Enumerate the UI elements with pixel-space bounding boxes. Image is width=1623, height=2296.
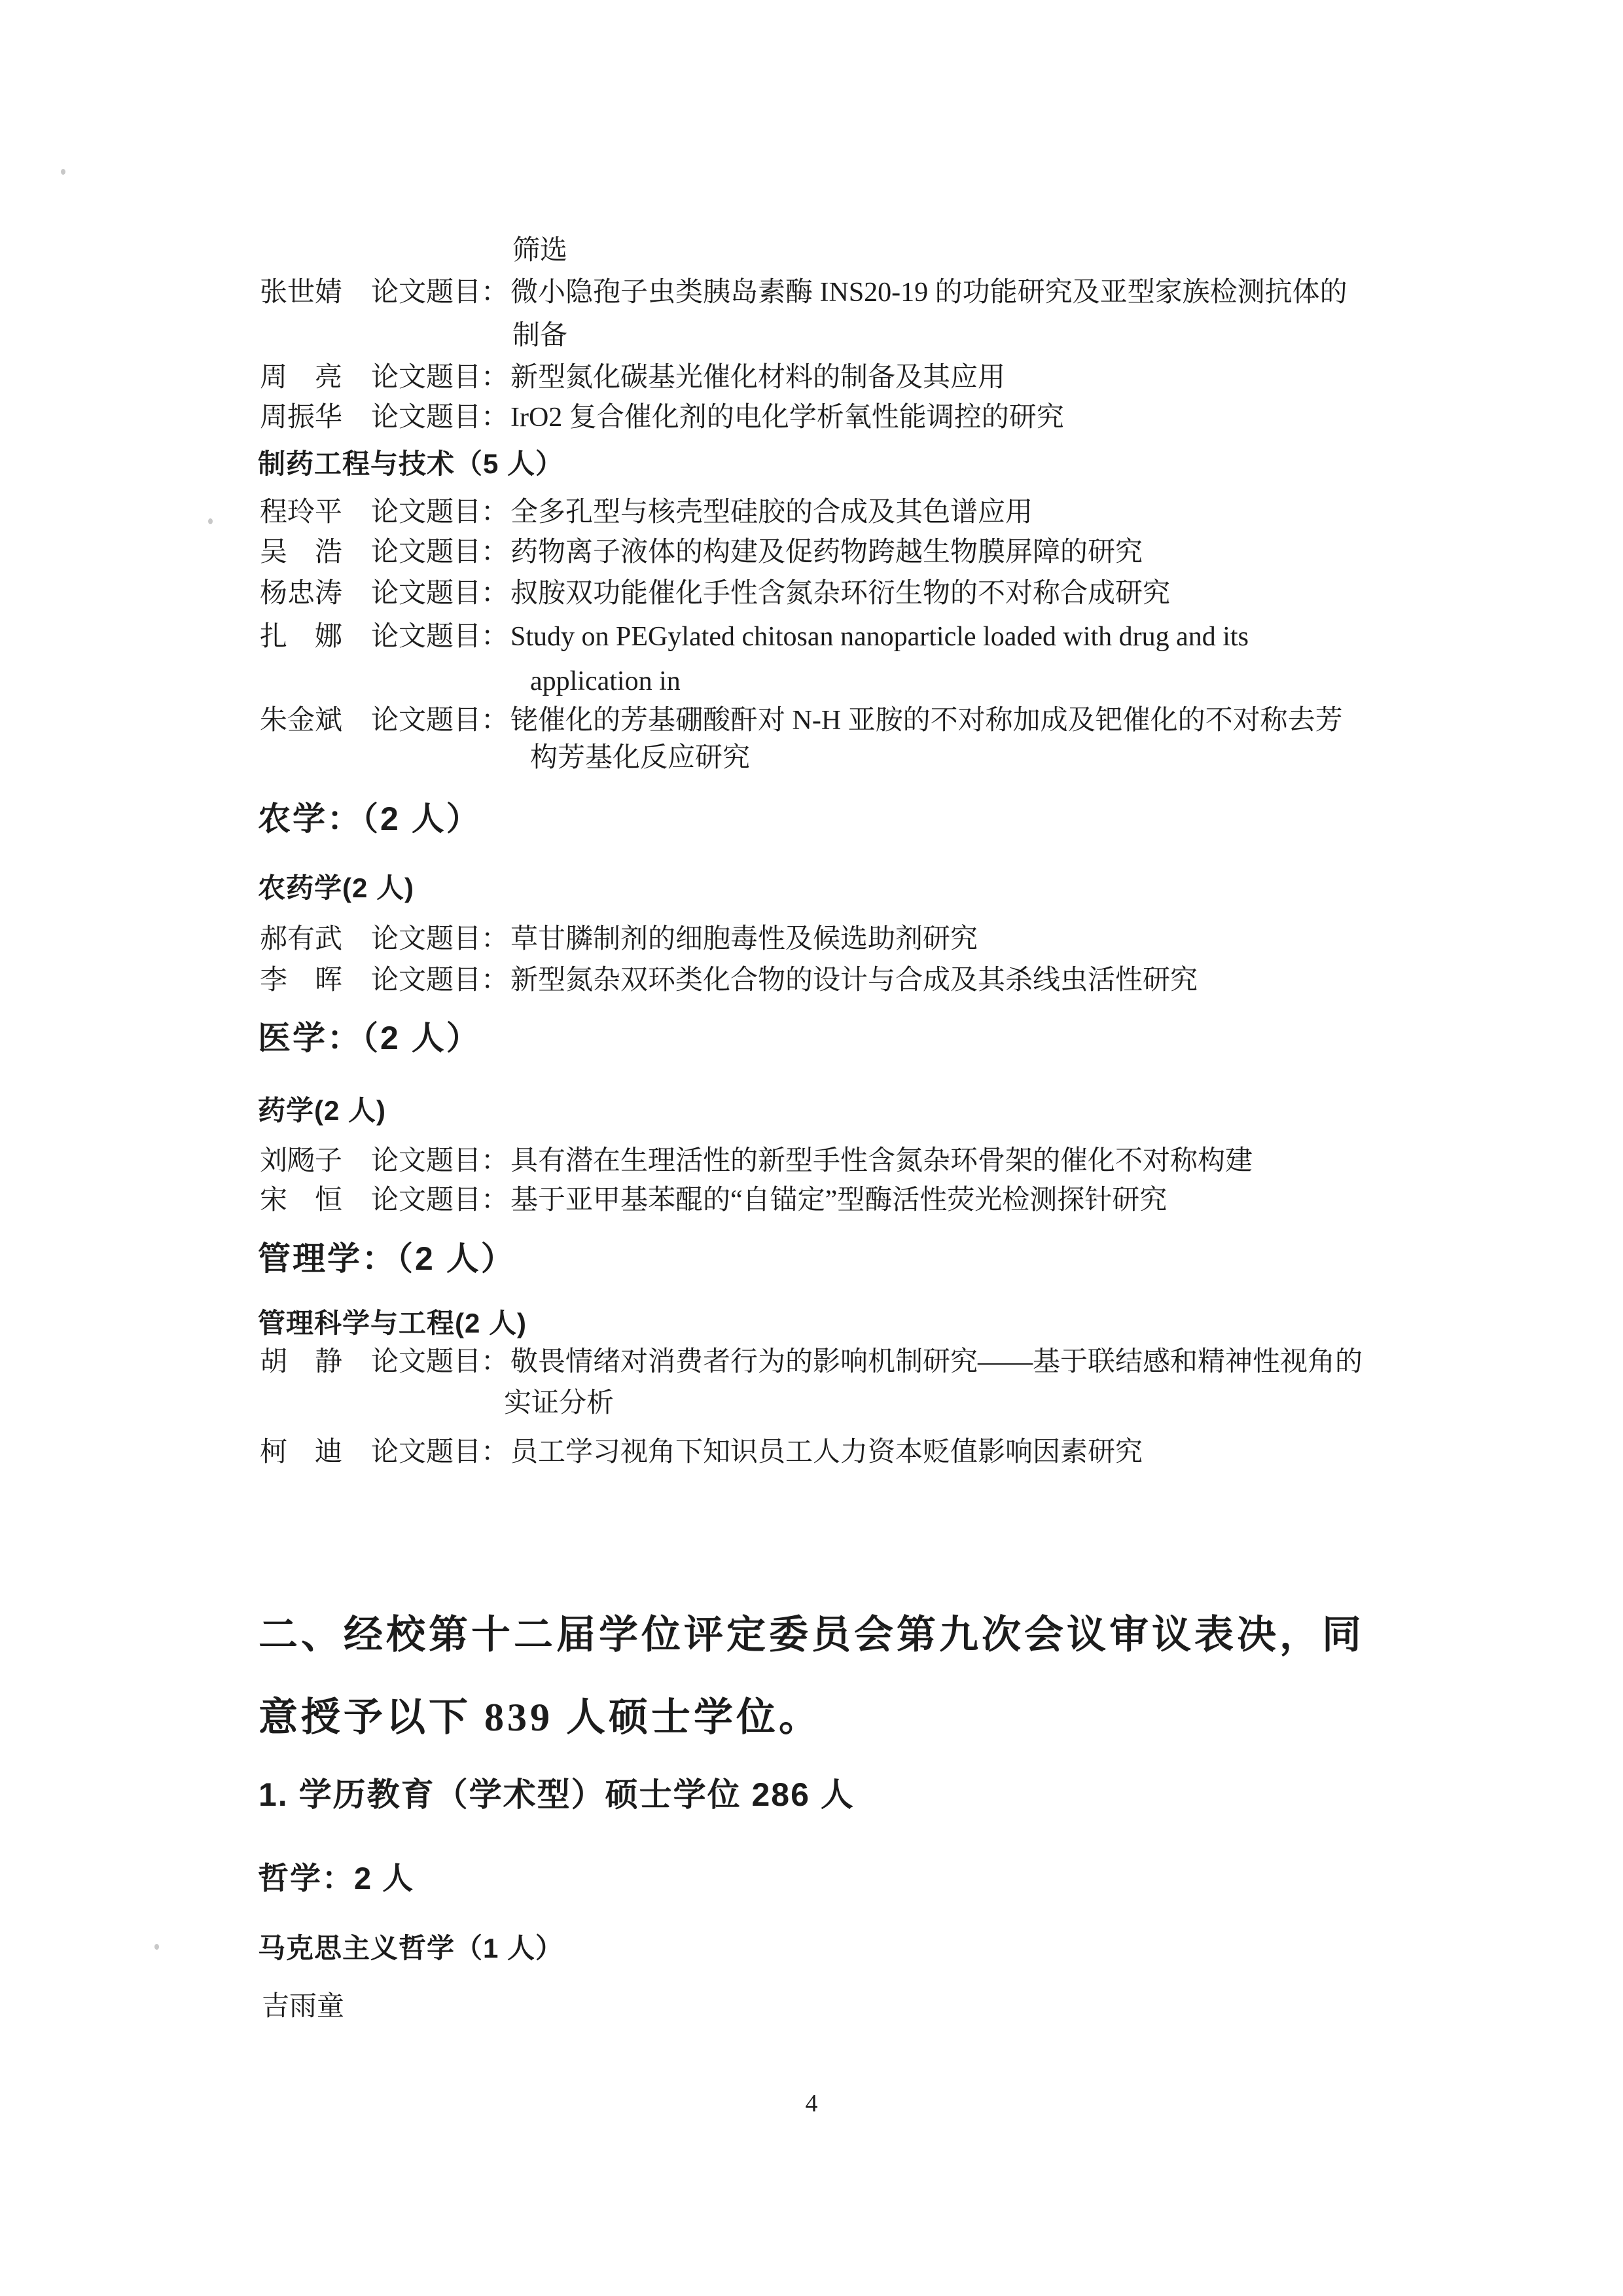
subsection-heading-management-science: 管理科学与工程(2 人) xyxy=(258,1307,527,1340)
thesis-title-continuation: 实证分析 xyxy=(504,1386,614,1421)
thesis-title-continuation: 制备 xyxy=(512,319,567,353)
student-name: 周 亮 xyxy=(260,361,371,395)
thesis-title: Study on PEGylated chitosan nanoparticle… xyxy=(510,620,1249,655)
resolution-paragraph-line-1: 二、经校第十二届学位评定委员会第九次会议审议表决，同 xyxy=(259,1611,1364,1659)
thesis-title-continuation: 筛选 xyxy=(512,234,567,268)
thesis-title-label: 论文题目： xyxy=(371,704,510,738)
section-heading-agriculture: 农学：（2 人） xyxy=(258,799,481,838)
student-name: 宋 恒 xyxy=(260,1183,371,1218)
thesis-title: 全多孔型与核壳型硅胶的合成及其色谱应用 xyxy=(510,495,1033,530)
student-name: 李 晖 xyxy=(260,963,371,998)
thesis-entry-row: 李 晖 论文题目： 新型氮杂双环类化合物的设计与合成及其杀线虫活性研究 xyxy=(260,963,1198,998)
thesis-title-label: 论文题目： xyxy=(371,1144,510,1179)
thesis-title: 微小隐孢子虫类胰岛素酶 INS20-19 的功能研究及亚型家族检测抗体的 xyxy=(510,276,1347,310)
student-name: 朱金斌 xyxy=(260,704,371,738)
thesis-title-continuation: 构芳基化反应研究 xyxy=(530,741,750,776)
student-name: 扎 娜 xyxy=(260,620,371,655)
thesis-title-label: 论文题目： xyxy=(371,361,510,395)
thesis-entry-row: 程玲平 论文题目： 全多孔型与核壳型硅胶的合成及其色谱应用 xyxy=(260,495,1033,530)
thesis-entry-row: 柯 迪 论文题目： 员工学习视角下知识员工人力资本贬值影响因素研究 xyxy=(260,1435,1143,1470)
subsection-heading-academic-masters: 1. 学历教育（学术型）硕士学位 286 人 xyxy=(259,1775,855,1814)
student-name: 程玲平 xyxy=(260,495,371,530)
thesis-title: 具有潜在生理活性的新型手性含氮杂环骨架的催化不对称构建 xyxy=(510,1144,1253,1179)
section-heading-management: 管理学：（2 人） xyxy=(258,1239,516,1278)
student-name: 张世婧 xyxy=(260,276,371,310)
thesis-title: 叔胺双功能催化手性含氮杂环衍生物的不对称合成研究 xyxy=(510,577,1170,611)
recipient-name: 吉雨童 xyxy=(262,1990,344,2024)
thesis-entry-row: 张世婧 论文题目： 微小隐孢子虫类胰岛素酶 INS20-19 的功能研究及亚型家… xyxy=(260,276,1347,310)
student-name: 吴 浩 xyxy=(260,535,371,570)
thesis-entry-row: 周 亮 论文题目： 新型氮化碳基光催化材料的制备及其应用 xyxy=(260,361,1005,395)
scan-speck xyxy=(208,518,213,524)
subsection-heading-pesticide-science: 农药学(2 人) xyxy=(258,872,414,905)
subsection-heading-marxist-philosophy: 马克思主义哲学（1 人） xyxy=(258,1932,563,1965)
thesis-title-label: 论文题目： xyxy=(371,1183,510,1218)
subsection-heading-pharmacy: 药学(2 人) xyxy=(258,1094,386,1127)
thesis-title-label: 论文题目： xyxy=(371,963,510,998)
thesis-entry-row: 杨忠涛 论文题目： 叔胺双功能催化手性含氮杂环衍生物的不对称合成研究 xyxy=(260,577,1170,611)
thesis-entry-row: 胡 静 论文题目： 敬畏情绪对消费者行为的影响机制研究——基于联结感和精神性视角… xyxy=(260,1345,1363,1380)
student-name: 刘飏子 xyxy=(260,1144,371,1179)
thesis-title-label: 论文题目： xyxy=(371,1345,510,1380)
page-number: 4 xyxy=(0,2089,1623,2119)
scan-speck xyxy=(61,169,65,175)
student-name: 柯 迪 xyxy=(260,1435,371,1470)
document-page: 筛选 张世婧 论文题目： 微小隐孢子虫类胰岛素酶 INS20-19 的功能研究及… xyxy=(0,0,1623,2296)
thesis-title: 新型氮杂双环类化合物的设计与合成及其杀线虫活性研究 xyxy=(510,963,1198,998)
thesis-title-label: 论文题目： xyxy=(371,276,510,310)
thesis-title: IrO2 复合催化剂的电化学析氧性能调控的研究 xyxy=(510,401,1064,435)
thesis-title-label: 论文题目： xyxy=(371,620,510,655)
thesis-title-label: 论文题目： xyxy=(371,922,510,957)
student-name: 胡 静 xyxy=(260,1345,371,1380)
thesis-entry-row: 吴 浩 论文题目： 药物离子液体的构建及促药物跨越生物膜屏障的研究 xyxy=(260,535,1143,570)
thesis-entry-row: 周振华 论文题目： IrO2 复合催化剂的电化学析氧性能调控的研究 xyxy=(260,401,1064,435)
student-name: 郝有武 xyxy=(260,922,371,957)
thesis-title-label: 论文题目： xyxy=(371,401,510,435)
student-name: 杨忠涛 xyxy=(260,577,371,611)
scan-speck xyxy=(154,1944,159,1950)
thesis-title-label: 论文题目： xyxy=(371,535,510,570)
thesis-title-label: 论文题目： xyxy=(371,1435,510,1470)
resolution-paragraph-line-2: 意授予以下 839 人硕士学位。 xyxy=(259,1694,821,1741)
thesis-title: 药物离子液体的构建及促药物跨越生物膜屏障的研究 xyxy=(510,535,1143,570)
thesis-title-label: 论文题目： xyxy=(371,577,510,611)
thesis-title: 敬畏情绪对消费者行为的影响机制研究——基于联结感和精神性视角的 xyxy=(510,1345,1363,1380)
thesis-title-continuation: application in xyxy=(530,664,681,699)
student-name: 周振华 xyxy=(260,401,371,435)
thesis-title: 员工学习视角下知识员工人力资本贬值影响因素研究 xyxy=(510,1435,1143,1470)
section-heading-medicine: 医学：（2 人） xyxy=(258,1018,481,1058)
thesis-entry-row: 刘飏子 论文题目： 具有潜在生理活性的新型手性含氮杂环骨架的催化不对称构建 xyxy=(260,1144,1253,1179)
thesis-title: 铑催化的芳基硼酸酐对 N-H 亚胺的不对称加成及钯催化的不对称去芳 xyxy=(510,704,1343,738)
thesis-title-label: 论文题目： xyxy=(371,495,510,530)
subsection-heading-pharma-engineering: 制药工程与技术（5 人） xyxy=(258,448,563,480)
section-heading-philosophy: 哲学：2 人 xyxy=(258,1860,414,1897)
thesis-entry-row: 扎 娜 论文题目： Study on PEGylated chitosan na… xyxy=(260,620,1249,655)
thesis-entry-row: 郝有武 论文题目： 草甘膦制剂的细胞毒性及候选助剂研究 xyxy=(260,922,978,957)
thesis-title: 新型氮化碳基光催化材料的制备及其应用 xyxy=(510,361,1005,395)
thesis-entry-row: 朱金斌 论文题目： 铑催化的芳基硼酸酐对 N-H 亚胺的不对称加成及钯催化的不对… xyxy=(260,704,1343,738)
thesis-entry-row: 宋 恒 论文题目： 基于亚甲基苯醌的“自锚定”型酶活性荧光检测探针研究 xyxy=(260,1183,1167,1218)
thesis-title: 基于亚甲基苯醌的“自锚定”型酶活性荧光检测探针研究 xyxy=(510,1183,1167,1218)
thesis-title: 草甘膦制剂的细胞毒性及候选助剂研究 xyxy=(510,922,978,957)
